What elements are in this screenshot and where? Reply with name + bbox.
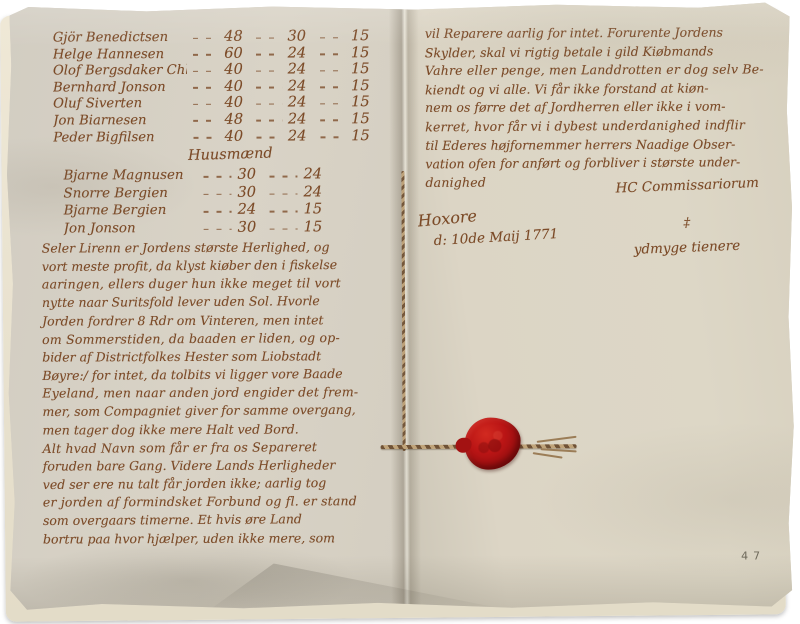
- manuscript-line: kiendt og vi alle. Vi får ikke forstand …: [425, 79, 791, 100]
- tally-value-2: 24: [288, 77, 314, 94]
- tally-value-1: 30: [237, 166, 263, 183]
- dash-leader: [257, 137, 282, 139]
- manuscript-line: Bøyre:/ for intet, da tolbits vi ligger …: [42, 365, 404, 386]
- dash-leader: [193, 37, 218, 39]
- right-page-paragraph: vil Reparere aarlig for intet. Forurente…: [425, 23, 792, 192]
- dash-leader: [270, 193, 298, 195]
- person-name: Jon Biarnesen: [53, 113, 187, 129]
- dash-leader: [204, 211, 232, 213]
- tally-row: Oluf Siverten 40 24 15: [53, 93, 373, 111]
- tally-value-2: 24: [288, 61, 314, 78]
- manuscript-line: men tager dog ikke mere Halt ved Bord.: [42, 420, 404, 440]
- dash-leader: [320, 120, 345, 122]
- person-name: Oluf Siverten: [53, 96, 187, 112]
- dash-leader: [193, 137, 218, 139]
- dash-leader: [320, 70, 345, 72]
- person-name: Bjarne Bergien: [64, 203, 198, 219]
- dash-leader: [256, 87, 281, 89]
- manuscript-line: nem os førre det af Jordherren eller ikk…: [425, 98, 791, 118]
- tally-value-3: 15: [351, 77, 373, 94]
- manuscript-line: som overgaars timerne. Et hvis øre Land: [43, 510, 405, 531]
- tally-value-3: 15: [351, 110, 373, 127]
- manuscript-line: til Ederes højfornemmer herrers Naadige …: [425, 135, 791, 155]
- tally-value-1: 40: [225, 127, 251, 144]
- dash-leader: [320, 53, 345, 55]
- tally-value-2: 24: [288, 127, 314, 144]
- manuscript-line: kerret, hvor får vi i dybest underdanigh…: [425, 116, 791, 137]
- dash-leader: [193, 104, 218, 106]
- tally-value-1: 24: [238, 201, 264, 218]
- tally-value-1: 40: [224, 94, 250, 111]
- dash-leader: [193, 70, 218, 72]
- dash-leader: [270, 211, 298, 213]
- tally-row: Bjarne Bergien 24 15: [64, 201, 326, 220]
- dash-leader: [270, 228, 298, 230]
- dash-leader: [256, 70, 281, 72]
- manuscript-line: om Sommerstiden, da baaden er liden, og …: [42, 328, 404, 349]
- tally-row: Olof Bergsdaker Chhs 40 24 15: [53, 60, 373, 78]
- tally-value-3: 15: [351, 44, 373, 61]
- tally-value-2: 24: [303, 183, 325, 200]
- dash-leader: [269, 175, 297, 177]
- tally-row: Gjör Benedictsen 48 30 15: [53, 27, 373, 45]
- tally-value-1: 48: [224, 28, 250, 45]
- tally-value-1: 40: [224, 77, 250, 94]
- dash-leader: [256, 54, 281, 56]
- tally-value-1: 60: [224, 44, 250, 61]
- dash-leader: [193, 87, 218, 89]
- tally-value-2: 15: [304, 218, 326, 235]
- dash-leader: [203, 176, 231, 178]
- tally-value-3: 15: [351, 127, 373, 144]
- manuscript-scan: Gjör Benedictsen 48 30 15 Helge Hannesen…: [0, 0, 800, 624]
- person-name: Bjarne Magnusen: [63, 168, 197, 184]
- tally-value-2: 30: [287, 27, 313, 44]
- manuscript-line: Jorden fordrer 8 Rdr om Vinteren, men in…: [42, 311, 404, 331]
- dash-leader: [320, 136, 345, 138]
- dash-leader: [320, 103, 345, 105]
- dash-leader: [193, 54, 218, 56]
- dash-leader: [256, 103, 281, 105]
- tally-value-1: 40: [224, 61, 250, 78]
- tally-row: Bjarne Magnusen 30 24: [63, 165, 325, 184]
- dash-leader: [319, 37, 344, 39]
- page-number: 47: [741, 549, 765, 562]
- tally-row: Jon Biarnesen 48 24 15: [53, 110, 373, 128]
- tally-row: Helge Hannesen 60 24 15: [53, 44, 373, 62]
- tally-value-2: 24: [288, 44, 314, 61]
- tally-row: Jon Jonson 30 15: [64, 218, 326, 237]
- tally-row: Peder Bigfilsen 40 24 15: [53, 127, 373, 145]
- dash-leader: [204, 193, 232, 195]
- manuscript-line: Vahre eller penge, men Landdrotten er do…: [425, 60, 791, 80]
- tally-value-2: 15: [304, 201, 326, 218]
- dash-leader: [257, 120, 282, 122]
- tally-value-2: 24: [303, 165, 325, 182]
- person-name: Olof Bergsdaker Chhs: [53, 63, 187, 79]
- person-name: Snorre Bergien: [63, 185, 197, 201]
- manuscript-line: vort meste profit, da klyst kiøber den i…: [42, 256, 404, 277]
- tally-value-1: 48: [224, 111, 250, 128]
- dash-leader: [320, 87, 345, 89]
- manuscript-line: vil Reparere aarlig for intet. Forurente…: [425, 23, 791, 43]
- manuscript-line: bider af Districtfolkes Hester som Liobs…: [42, 347, 404, 367]
- tally-value-1: 30: [238, 218, 264, 235]
- manuscript-line: Seler Lirenn er Jordens største Herlighe…: [42, 238, 404, 258]
- manuscript-line: foruden bare Gang. Videre Lands Herlighe…: [43, 456, 405, 476]
- person-name: Jon Jonson: [64, 221, 198, 237]
- tally-value-3: 15: [351, 93, 373, 110]
- left-page-paragraph: Seler Lirenn er Jordens største Herlighe…: [42, 238, 405, 548]
- person-name: Peder Bigfilsen: [53, 129, 187, 145]
- manuscript-line: Skylder, skal vi rigtig betale i gild Ki…: [425, 41, 791, 62]
- manuscript-line: Alt hvad Navn som får er fra os Separere…: [43, 437, 405, 458]
- husmaend-tally-list: Bjarne Magnusen 30 24 Snorre Bergien 30 …: [63, 165, 325, 237]
- manuscript-line: ved ser ere nu talt får jorden ikke; aar…: [43, 474, 405, 495]
- tally-value-3: 15: [351, 27, 373, 44]
- manuscript-line: nytte naar Suritsfold lever uden Sol. Hv…: [42, 292, 404, 313]
- crew-tally-list: Gjör Benedictsen 48 30 15 Helge Hannesen…: [53, 27, 374, 145]
- tally-value-2: 24: [288, 94, 314, 111]
- tally-row: Bernhard Jonson 40 24 15: [53, 77, 373, 95]
- dash-leader: [204, 229, 232, 231]
- person-name: Bernhard Jonson: [53, 80, 187, 96]
- manuscript-line: vation ofen for anført og forbliver i st…: [425, 153, 791, 174]
- manuscript-line: mer, som Compagniet giver for samme over…: [42, 401, 404, 422]
- person-name: Gjör Benedictsen: [53, 30, 187, 46]
- dash-leader: [193, 120, 218, 122]
- tally-row: Snorre Bergien 30 24: [63, 183, 325, 202]
- signature-mark: ‡: [684, 216, 691, 231]
- person-name: Helge Hannesen: [53, 47, 187, 63]
- manuscript-line: bortru paa hvor hjælper, uden ikke mere,…: [43, 528, 405, 548]
- dash-leader: [256, 37, 281, 39]
- tally-value-1: 30: [237, 183, 263, 200]
- tally-value-2: 24: [288, 110, 314, 127]
- tally-value-3: 15: [351, 60, 373, 77]
- manuscript-spread: Gjör Benedictsen 48 30 15 Helge Hannesen…: [5, 1, 796, 611]
